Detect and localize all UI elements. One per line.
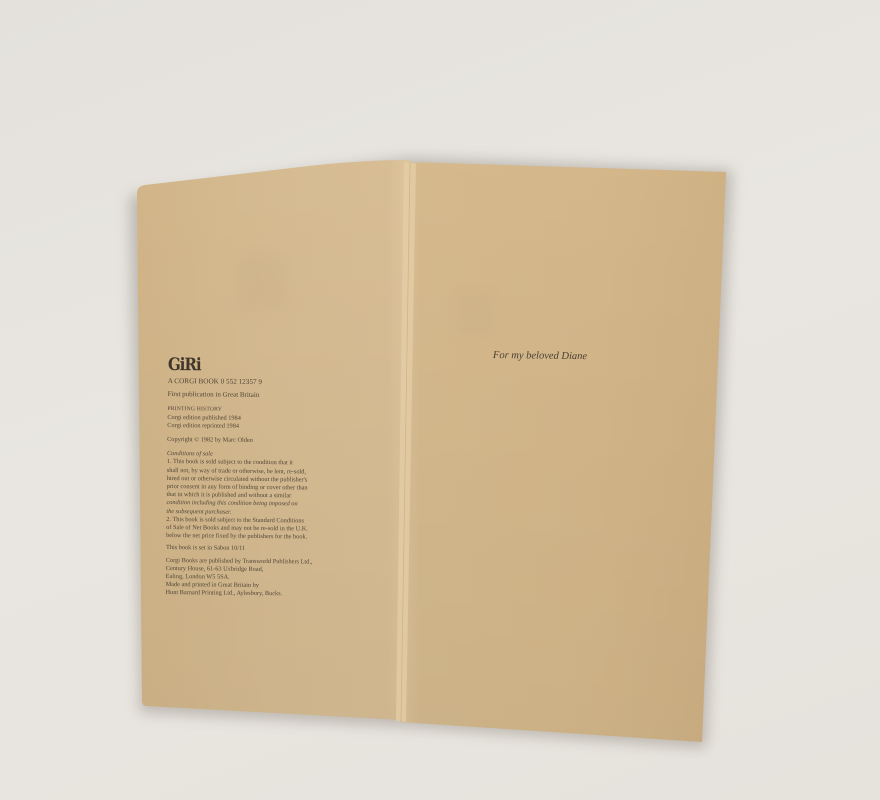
bleed-through-left	[238, 255, 288, 310]
book-illustration	[0, 0, 880, 800]
isbn-line: A CORGI BOOK 0 552 12357 9	[168, 377, 404, 388]
bleed-through-right	[455, 290, 495, 335]
copyright-page-text: GiRi A CORGI BOOK 0 552 12357 9 First pu…	[165, 355, 404, 600]
dedication-text: For my beloved Diane	[493, 350, 587, 362]
first-publication: First publication in Great Britain	[168, 390, 404, 401]
book-logo: GiRi	[168, 355, 201, 374]
